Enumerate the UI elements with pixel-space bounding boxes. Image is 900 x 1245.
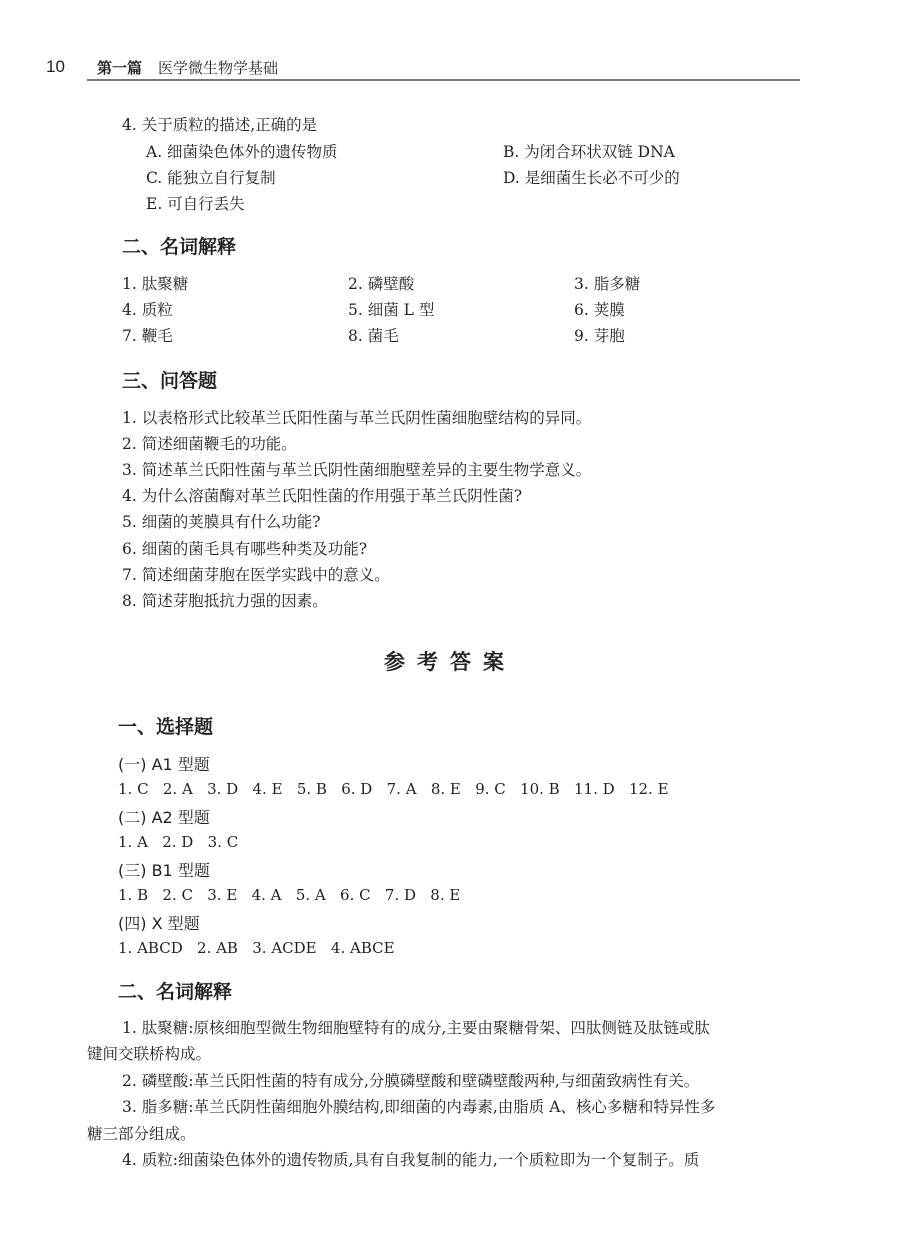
group-label-b1: (三) B1 型题 (118, 858, 210, 881)
answers-a2: 1. A 2. D 3. C (118, 832, 238, 852)
section-heading-choice: 一、选择题 (118, 712, 213, 739)
section-heading-qa: 三、问答题 (122, 366, 217, 393)
definition-line: 4. 质粒:细菌染色体外的遗传物质,具有自我复制的能力,一个质粒即为一个复制子。… (122, 1150, 699, 1170)
option-c: C. 能独立自行复制 (146, 168, 276, 188)
question-stem: 4. 关于质粒的描述,正确的是 (122, 115, 317, 135)
section-heading-terms: 二、名词解释 (122, 232, 236, 259)
header-rule (87, 79, 800, 81)
page-number: 10 (46, 57, 65, 77)
running-header: 10 第一篇 医学微生物学基础 (0, 0, 900, 80)
term-item: 4. 质粒 (122, 300, 173, 320)
group-label-x: (四) X 型题 (118, 911, 200, 934)
qa-item: 7. 简述细菌芽胞在医学实践中的意义。 (122, 565, 390, 585)
group-label-a2: (二) A2 型题 (118, 805, 210, 828)
answers-title: 参考答案 (0, 646, 900, 676)
answers-x: 1. ABCD 2. AB 3. ACDE 4. ABCE (118, 938, 395, 958)
option-e: E. 可自行丢失 (146, 194, 245, 214)
definition-line: 2. 磷壁酸:革兰氏阳性菌的特有成分,分膜磷壁酸和壁磷壁酸两种,与细菌致病性有关… (122, 1071, 699, 1091)
qa-item: 2. 简述细菌鞭毛的功能。 (122, 434, 297, 454)
term-item: 5. 细菌 L 型 (348, 300, 434, 320)
definition-line: 糖三部分组成。 (87, 1124, 196, 1144)
option-a: A. 细菌染色体外的遗传物质 (146, 142, 338, 162)
qa-item: 1. 以表格形式比较革兰氏阳性菌与革兰氏阴性菌细胞壁结构的异同。 (122, 408, 591, 428)
term-item: 9. 芽胞 (574, 326, 625, 346)
part-label: 第一篇 (97, 57, 142, 78)
qa-item: 6. 细菌的菌毛具有哪些种类及功能? (122, 539, 367, 559)
option-d: D. 是细菌生长必不可少的 (503, 168, 680, 188)
term-item: 3. 脂多糖 (574, 274, 640, 294)
definition-line: 键间交联桥构成。 (87, 1044, 211, 1064)
qa-item: 8. 简述芽胞抵抗力强的因素。 (122, 591, 328, 611)
term-item: 1. 肽聚糖 (122, 274, 188, 294)
option-b: B. 为闭合环状双链 DNA (503, 142, 675, 162)
answers-a1: 1. C 2. A 3. D 4. E 5. B 6. D 7. A 8. E … (118, 779, 669, 799)
group-label-a1: (一) A1 型题 (118, 752, 210, 775)
term-item: 2. 磷壁酸 (348, 274, 414, 294)
qa-item: 3. 简述革兰氏阳性菌与革兰氏阴性菌细胞壁差异的主要生物学意义。 (122, 460, 591, 480)
qa-item: 4. 为什么溶菌酶对革兰氏阳性菌的作用强于革兰氏阴性菌? (122, 486, 522, 506)
term-item: 8. 菌毛 (348, 326, 399, 346)
term-item: 7. 鞭毛 (122, 326, 173, 346)
part-title: 医学微生物学基础 (158, 57, 278, 78)
term-item: 6. 荚膜 (574, 300, 625, 320)
section-heading-definitions: 二、名词解释 (118, 977, 232, 1004)
answers-b1: 1. B 2. C 3. E 4. A 5. A 6. C 7. D 8. E (118, 885, 460, 905)
definition-line: 1. 肽聚糖:原核细胞型微生物细胞壁特有的成分,主要由聚糖骨架、四肽侧链及肽链或… (122, 1018, 710, 1038)
definition-line: 3. 脂多糖:革兰氏阴性菌细胞外膜结构,即细菌的内毒素,由脂质 A、核心多糖和特… (122, 1097, 715, 1117)
qa-item: 5. 细菌的荚膜具有什么功能? (122, 512, 321, 532)
